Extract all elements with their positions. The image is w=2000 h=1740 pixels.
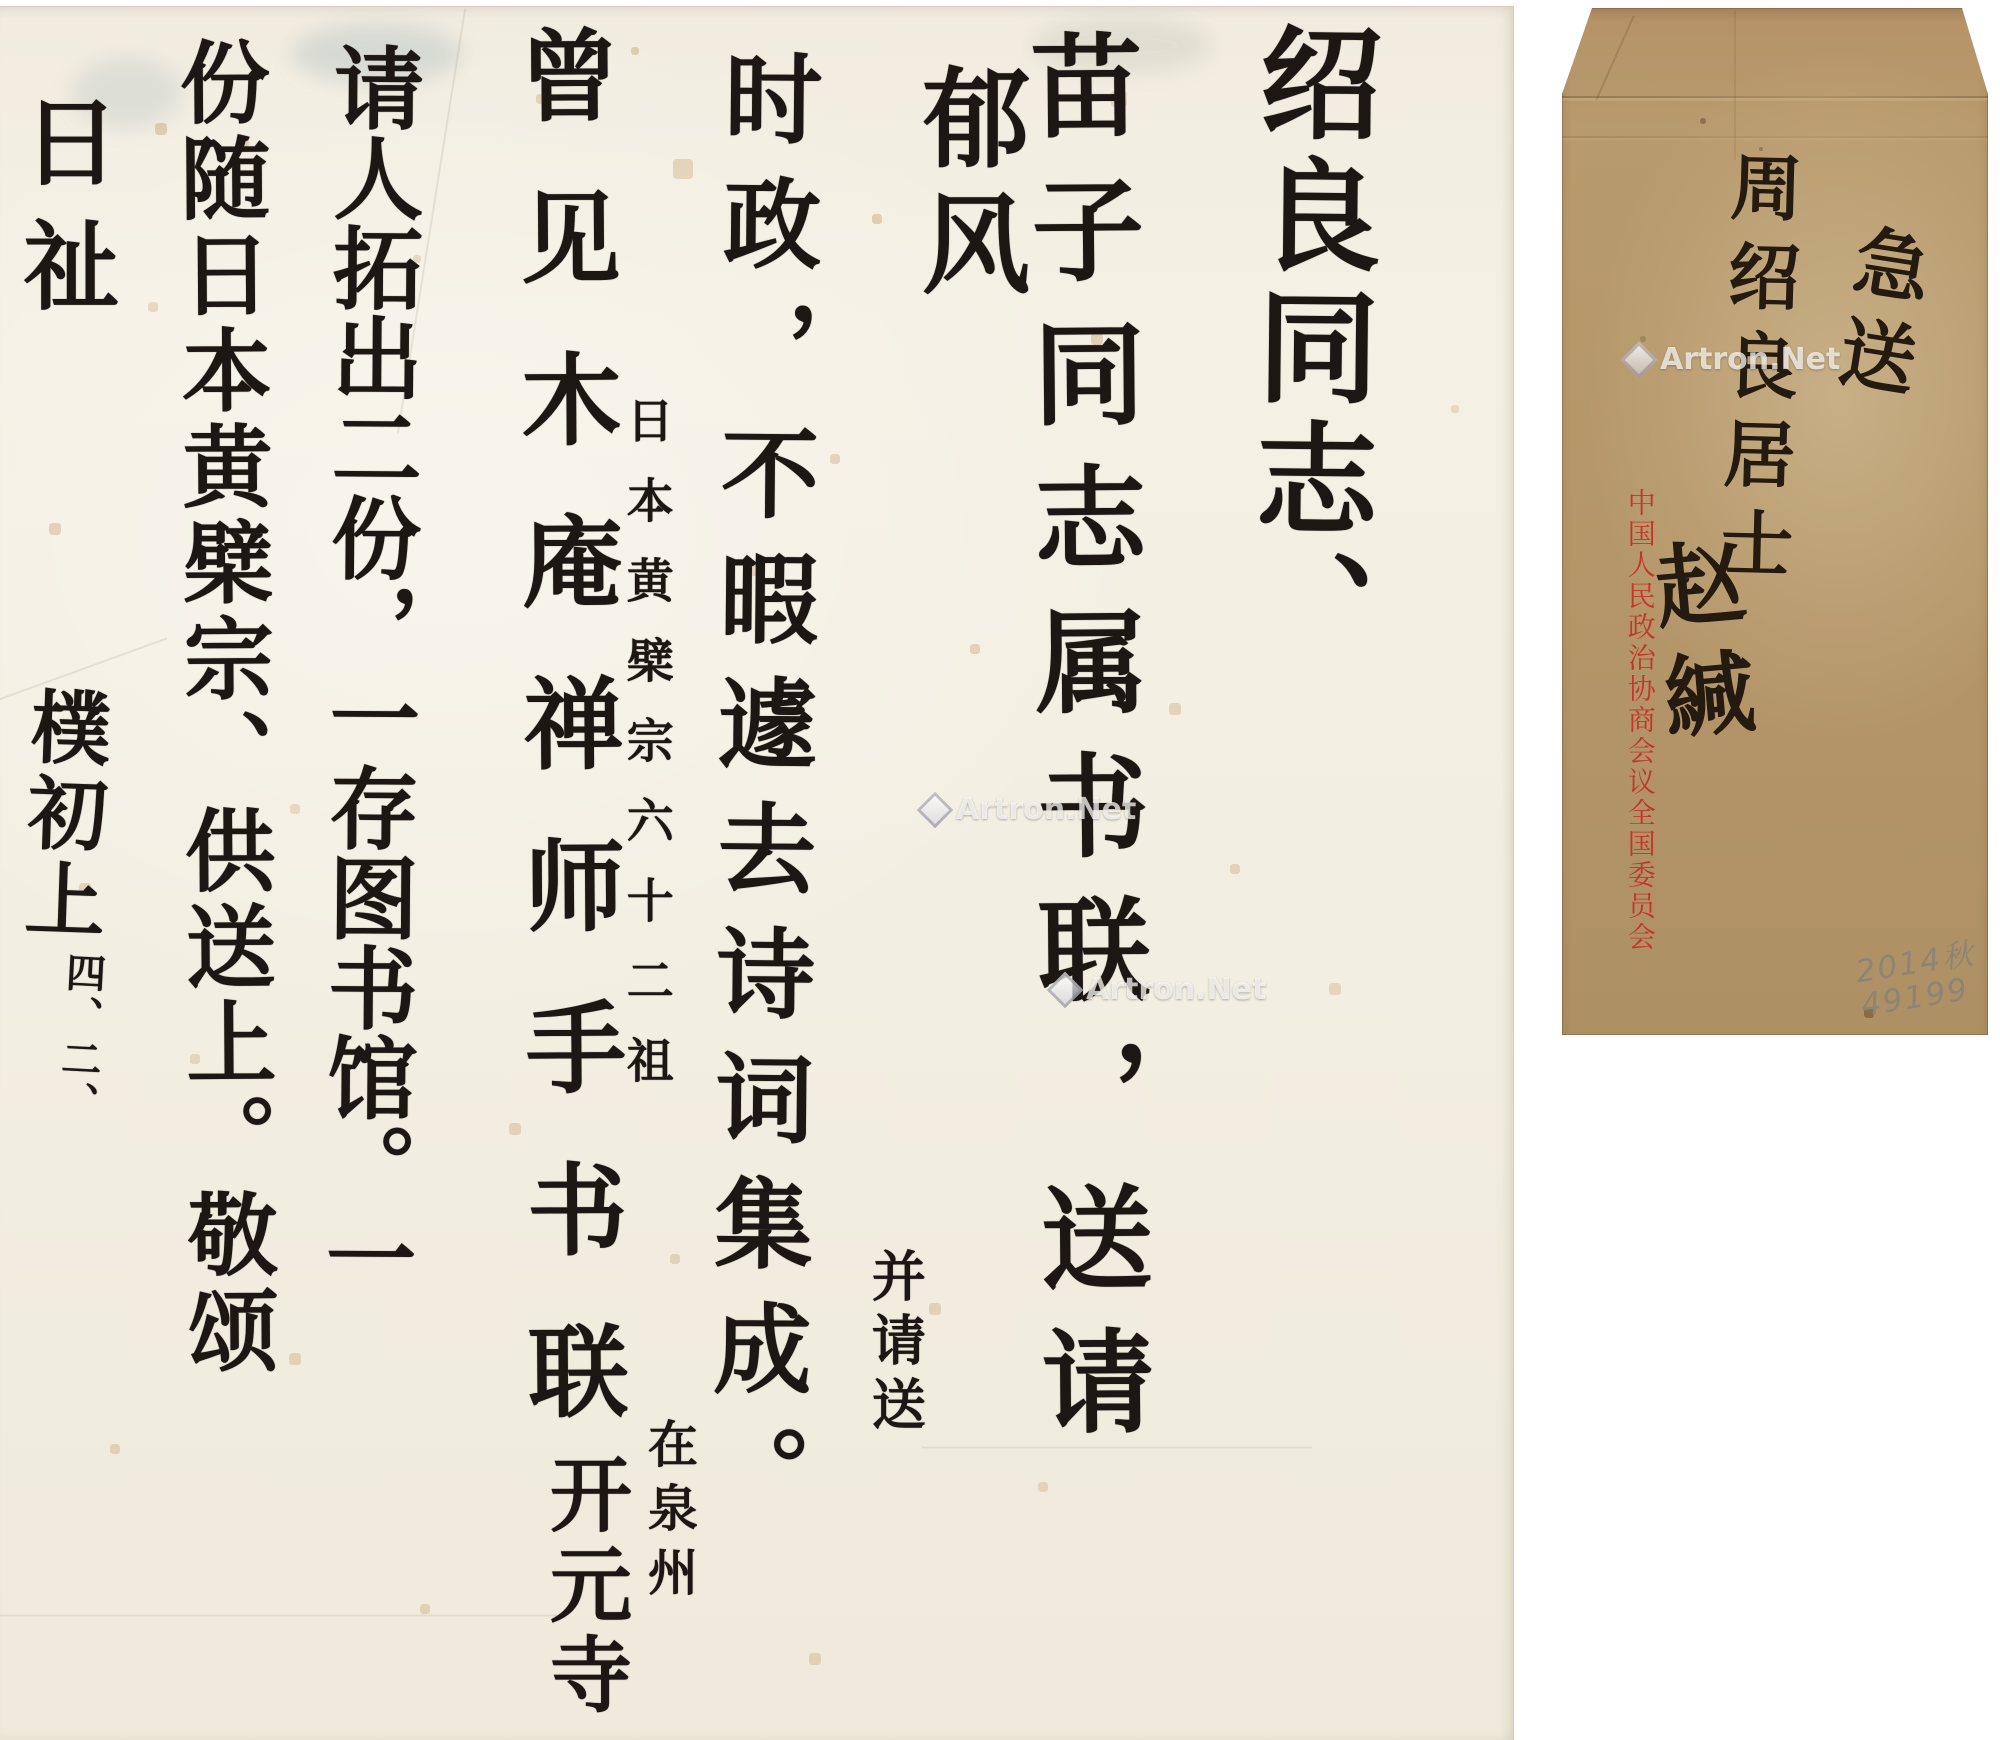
envelope-sender-signature: 赵緘 (1641, 534, 1754, 761)
envelope-flap-fold (1562, 96, 1988, 98)
letter-column-body-4: 曾见木庵禅师手书联 (507, 24, 625, 1483)
artron-watermark: Artron.Net (1052, 972, 1266, 1007)
envelope-pencil-lot-note: 2014秋 49199 (1853, 937, 1982, 1023)
letter-column-annotation-obaku: 日本黄檗宗六十二祖 (620, 396, 671, 1116)
envelope: 急送 周绍良居士 赵緘 中国人民政治协商会议全国委员会 2014秋 49199 (1562, 8, 1988, 1035)
letter-column-body-3: 时政，不暇遽去诗词集成。 (699, 48, 818, 1549)
envelope-urgency-note: 急送 (1824, 219, 1932, 413)
artron-diamond-icon (1621, 341, 1658, 378)
envelope-organization-imprint: 中国人民政治协商会议全国委员会 (1624, 488, 1655, 953)
letter-column-body-1: 苗子同志属书联，送请 (1016, 27, 1150, 1468)
letter-column-closing: 日祉 (12, 92, 116, 340)
letter-column-kaiyuan-temple: 开元寺 (540, 1452, 629, 1722)
artron-watermark-text: Artron.Net (1086, 972, 1266, 1007)
letter-column-signature: 樸初上 (14, 685, 109, 946)
letter-column-body-6: 份随日本黄檗宗、供送上。敬颂 (167, 36, 274, 1381)
artron-watermark: Artron.Net (922, 792, 1136, 827)
envelope-crease (1595, 16, 1634, 101)
artron-watermark-text: Artron.Net (1660, 342, 1840, 377)
letter-column-inserted-note: 并请送 (866, 1248, 924, 1440)
letter-column-body-5: 请人拓出二份，一存图书馆。一 (314, 42, 420, 1303)
artron-watermark: Artron.Net (1626, 342, 1840, 377)
auction-lot-photo: 绍良同志、 苗子同志属书联，送请 郁风 时政，不暇遽去诗词集成。 并请送 曾见木… (0, 0, 2000, 1740)
letter-column-salutation: 绍良同志、 (1239, 19, 1378, 680)
envelope-crease (1734, 10, 1736, 160)
letter-column-annotation-quanzhou: 在泉州 (642, 1418, 696, 1610)
envelope-crease (1562, 136, 1988, 138)
paper-crease (0, 1614, 562, 1617)
envelope-stains (1562, 8, 1564, 10)
letter-column-date: 四、二、 (54, 951, 106, 1125)
artron-diamond-icon (1047, 971, 1084, 1008)
artron-watermark-text: Artron.Net (956, 792, 1136, 827)
artron-diamond-icon (917, 791, 954, 828)
letter-column-body-2: 郁风 (908, 62, 1025, 314)
